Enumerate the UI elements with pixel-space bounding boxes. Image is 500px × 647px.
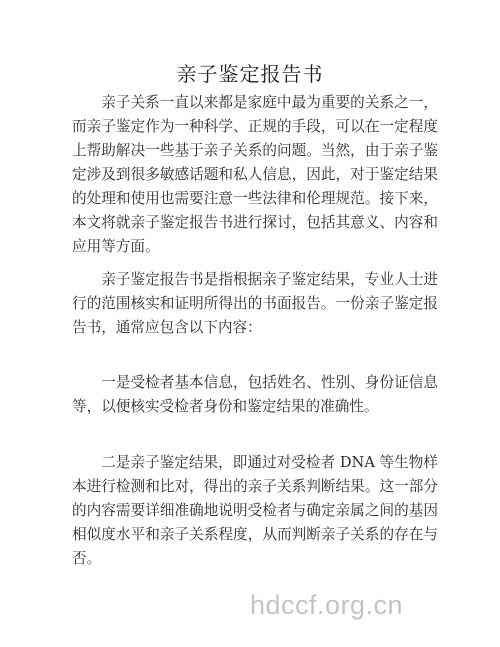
paragraph-intro: 亲子关系一直以来都是家庭中最为重要的关系之一，而亲子鉴定作为一种科学、正规的手段… [72, 91, 438, 259]
document-title: 亲子鉴定报告书 [0, 58, 500, 87]
paragraph-item-one: 一是受检者基本信息，包括姓名、性别、身份证信息等，以便核实受检者身份和鉴定结果的… [72, 371, 438, 419]
paragraph-definition: 亲子鉴定报告书是指根据亲子鉴定结果，专业人士进行的范围核实和证明所得出的书面报告… [72, 268, 438, 340]
paragraph-item-two: 二是亲子鉴定结果，即通过对受检者 DNA 等生物样本进行检测和比对，得出的亲子关… [72, 451, 438, 571]
watermark-text: hdccf.org.cn [250, 590, 403, 621]
